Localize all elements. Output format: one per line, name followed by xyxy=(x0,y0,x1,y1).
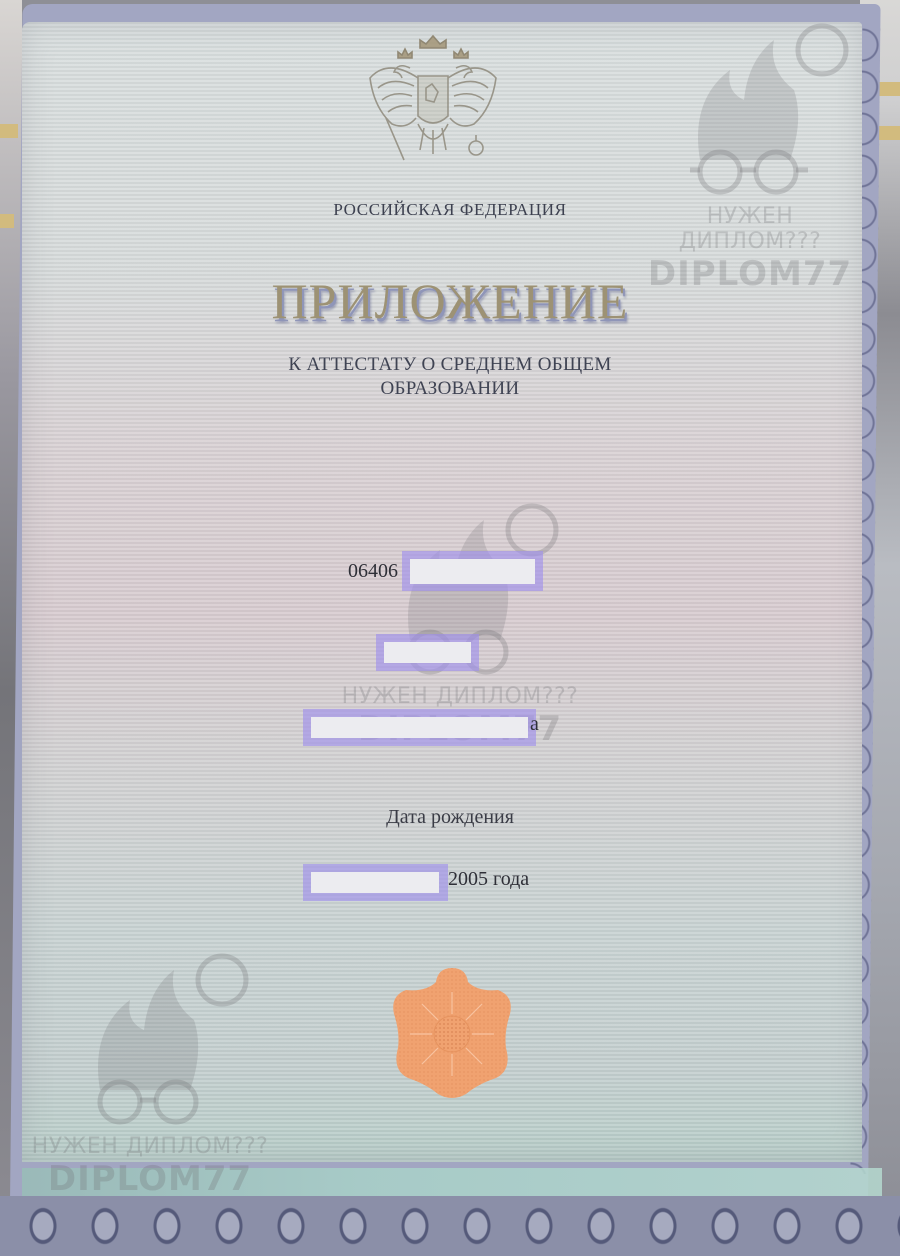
bottom-ornament-border xyxy=(0,1196,900,1256)
mascot-watermark-icon xyxy=(40,950,260,1130)
watermark-brand: DIPLOM77 xyxy=(30,1159,270,1199)
watermark-caption: НУЖЕН ДИПЛОМ??? xyxy=(30,1134,270,1159)
watermark-brand: DIPLOM77 xyxy=(640,254,860,294)
name-suffix: а xyxy=(530,713,539,736)
hologram-seal-icon xyxy=(382,962,522,1102)
watermark-top-right: НУЖЕН ДИПЛОМ??? DIPLOM77 xyxy=(640,20,860,294)
redacted-serial-number xyxy=(402,551,543,591)
document-subtitle-line1: К АТТЕСТАТУ О СРЕДНЕМ ОБЩЕМ xyxy=(0,354,900,376)
coat-of-arms-icon xyxy=(358,28,508,178)
document-subtitle-line2: ОБРАЗОВАНИИ xyxy=(0,378,900,400)
date-of-birth-label: Дата рождения xyxy=(0,806,900,829)
watermark-caption: НУЖЕН ДИПЛОМ??? xyxy=(340,684,580,709)
watermark-caption: НУЖЕН ДИПЛОМ??? xyxy=(640,204,860,254)
birth-year: 2005 года xyxy=(448,868,529,891)
mascot-watermark-icon xyxy=(650,20,850,200)
redacted-name-patronymic xyxy=(303,709,536,746)
background-stripe xyxy=(0,124,18,138)
serial-number-prefix: 06406 xyxy=(348,560,398,583)
watermark-bottom-left: НУЖЕН ДИПЛОМ??? DIPLOM77 xyxy=(30,950,270,1199)
redacted-surname xyxy=(376,634,479,671)
redacted-birth-day-month xyxy=(303,864,448,901)
